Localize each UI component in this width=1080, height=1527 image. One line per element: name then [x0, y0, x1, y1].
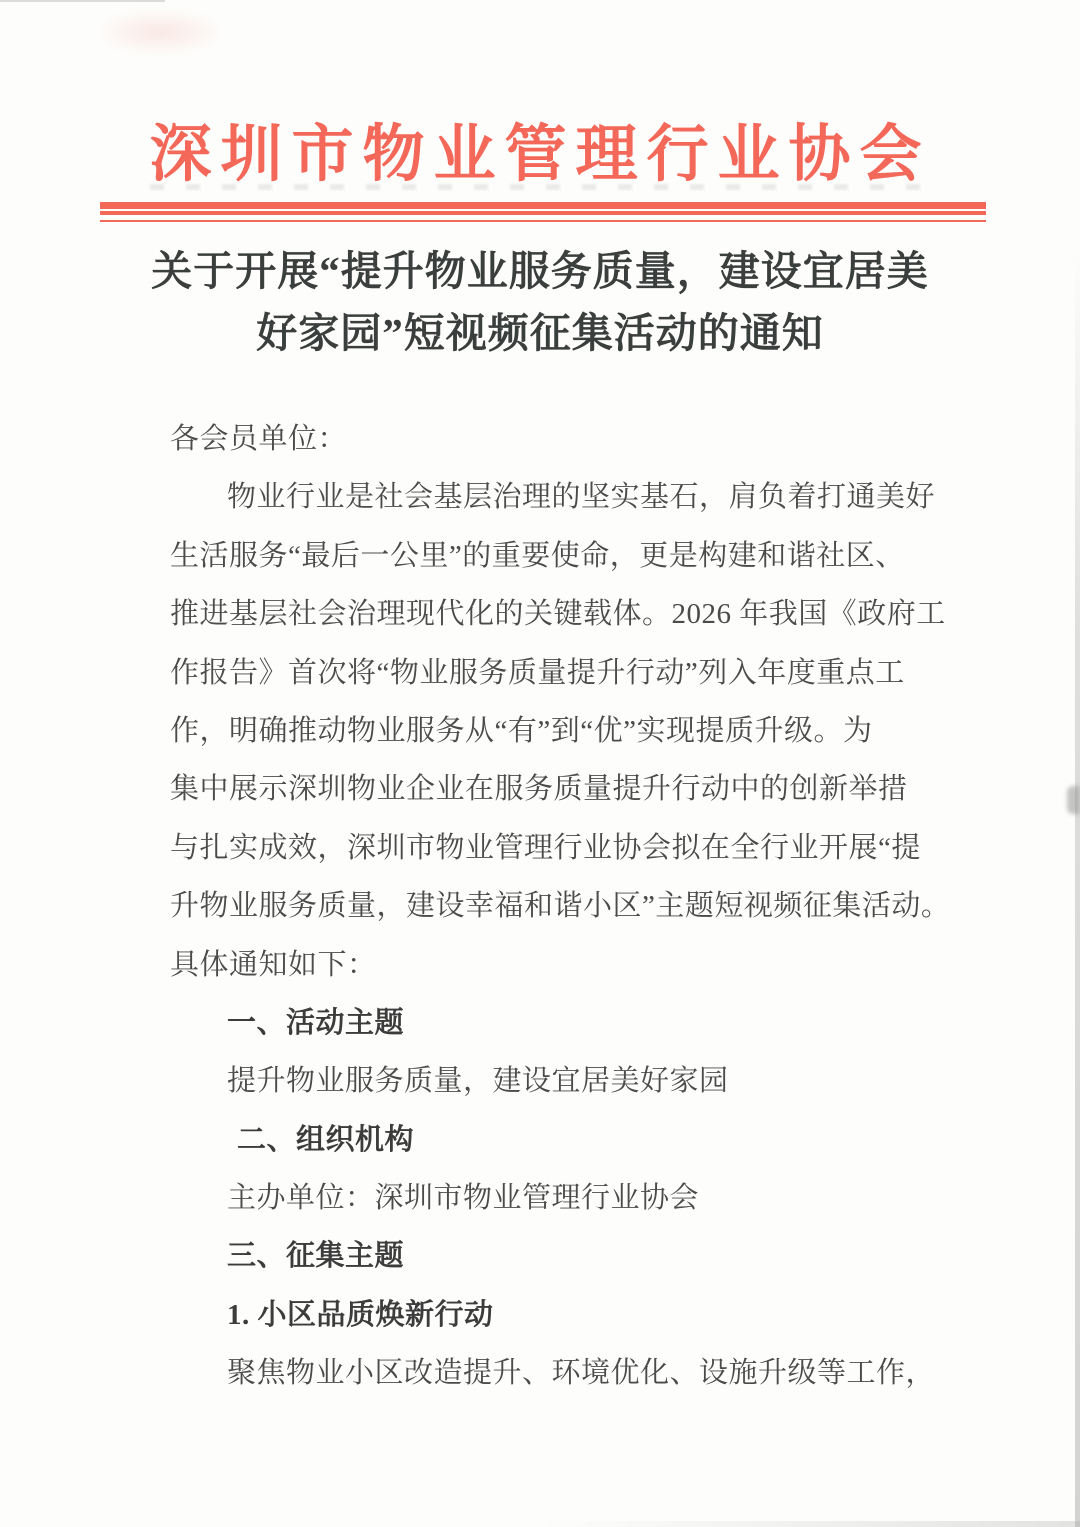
section-3-text: 聚焦物业小区改造提升、环境优化、设施升级等工作，	[170, 1344, 940, 1402]
letterhead: 深圳市物业管理行业协会	[0, 110, 1080, 200]
divider-thick-rule	[100, 202, 986, 209]
document-title-line1: 关于开展“提升物业服务质量，建设宜居美	[0, 240, 1080, 302]
salutation: 各会员单位：	[170, 410, 940, 468]
scan-artifact-bottom-edge	[540, 1521, 1080, 1527]
document-page: 深圳市物业管理行业协会 关于开展“提升物业服务质量，建设宜居美 好家园”短视频征…	[0, 0, 1080, 1527]
document-title-line2: 好家园”短视频征集活动的通知	[0, 302, 1080, 364]
section-2-text: 主办单位：深圳市物业管理行业协会	[170, 1169, 940, 1227]
paragraph-line: 升物业服务质量，建设幸福和谐小区”主题短视频征集活动。	[170, 877, 940, 935]
section-1-text: 提升物业服务质量，建设宜居美好家园	[170, 1052, 940, 1110]
paragraph-line: 集中展示深圳物业企业在服务质量提升行动中的创新举措	[170, 760, 940, 818]
section-2-heading: 二、组织机构	[170, 1111, 940, 1169]
scan-artifact-pink-smudge	[95, 8, 225, 56]
document-title: 关于开展“提升物业服务质量，建设宜居美 好家园”短视频征集活动的通知	[0, 240, 1080, 364]
divider-medium-rule	[100, 211, 986, 215]
paragraph-line: 作，明确推动物业服务从“有”到“优”实现提质升级。为	[170, 702, 940, 760]
organization-name: 深圳市物业管理行业协会	[149, 110, 930, 200]
section-3-heading: 三、征集主题	[170, 1227, 940, 1285]
paragraph-line: 生活服务“最后一公里”的重要使命，更是构建和谐社区、	[170, 527, 940, 585]
section-1-heading: 一、活动主题	[170, 994, 940, 1052]
paragraph-line: 与扎实成效，深圳市物业管理行业协会拟在全行业开展“提	[170, 819, 940, 877]
scan-artifact-top-edge	[0, 0, 165, 2]
divider-thin-rule	[100, 220, 986, 222]
document-body: 各会员单位： 物业行业是社会基层治理的坚实基石，肩负着打通美好 生活服务“最后一…	[170, 410, 940, 1403]
letterhead-divider	[100, 202, 986, 222]
scan-artifact-right-edge	[1075, 255, 1080, 1527]
closing-line: 具体通知如下：	[170, 936, 940, 994]
section-3-subheading: 1. 小区品质焕新行动	[170, 1286, 940, 1344]
scan-artifact-right-smudge	[1067, 786, 1080, 814]
paragraph-line: 物业行业是社会基层治理的坚实基石，肩负着打通美好	[170, 468, 940, 526]
paragraph-line: 作报告》首次将“物业服务质量提升行动”列入年度重点工	[170, 644, 940, 702]
paragraph-line: 推进基层社会治理现代化的关键载体。2026 年我国《政府工	[170, 585, 940, 643]
